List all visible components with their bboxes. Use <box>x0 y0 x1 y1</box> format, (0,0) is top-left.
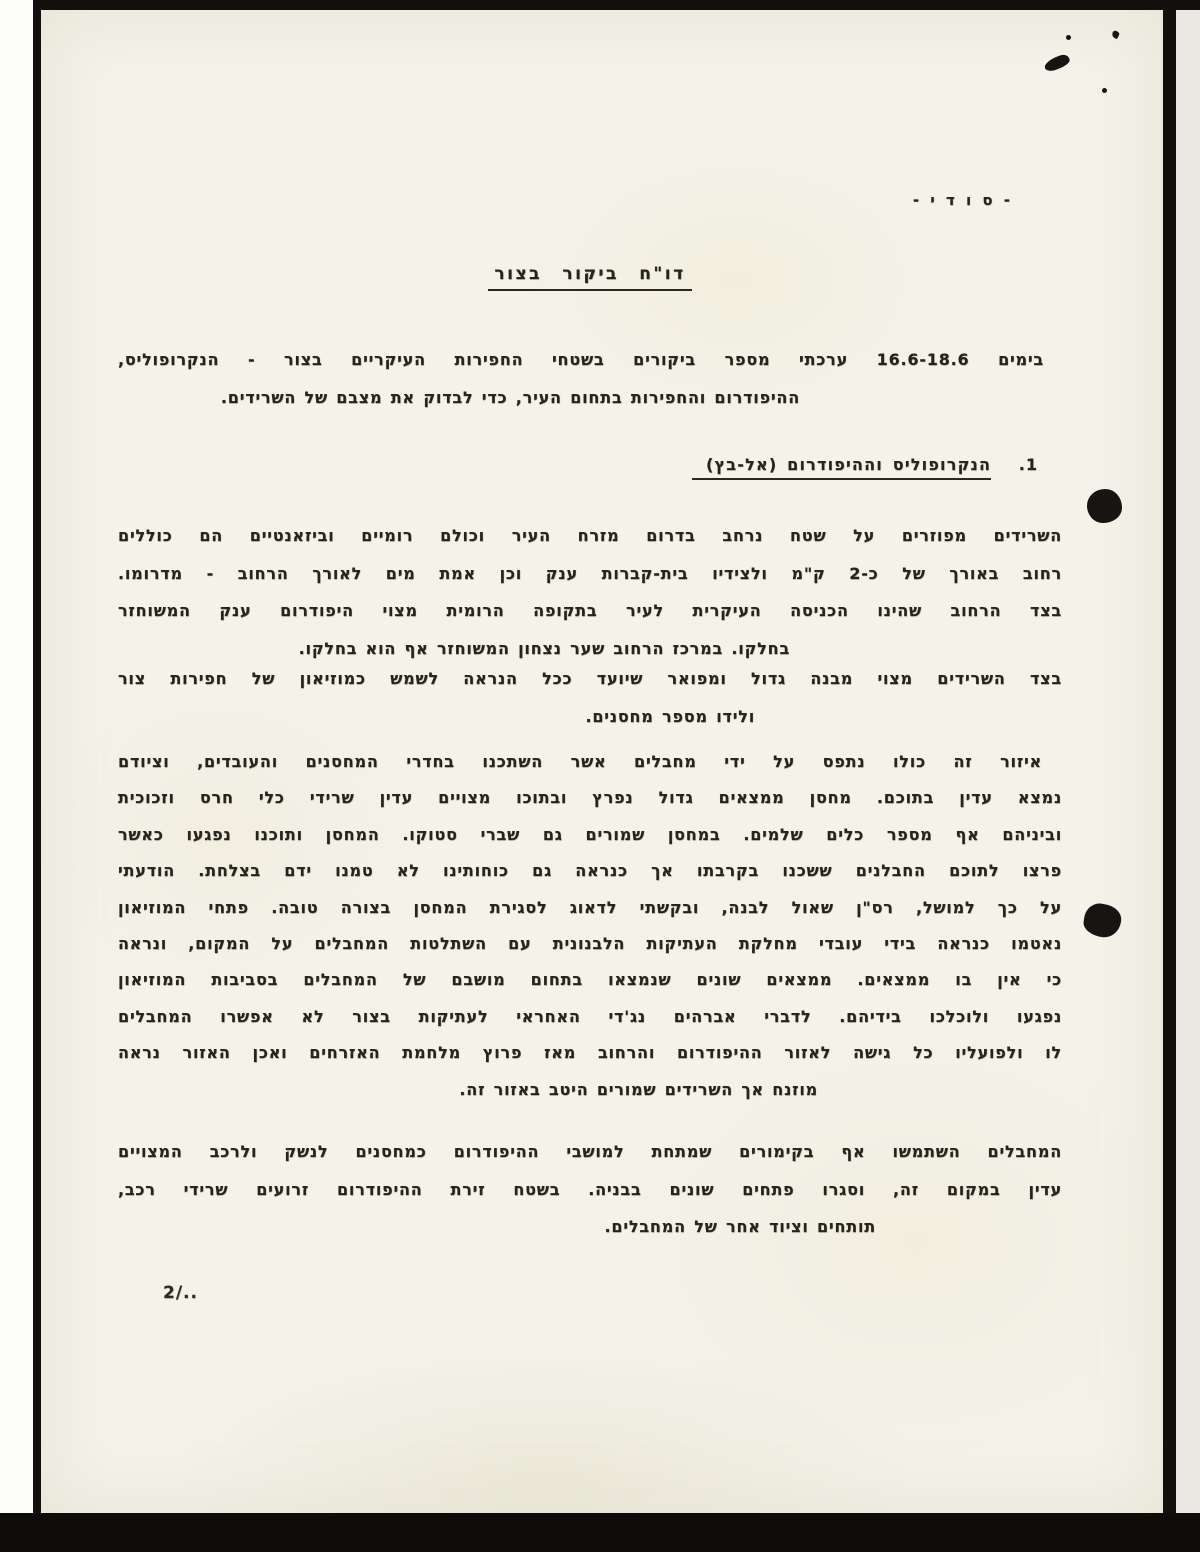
scan-edge-right <box>1163 0 1176 1513</box>
section-1-heading-row: 1. הנקרופוליס וההיפודרום (אל-בץ) <box>118 455 1062 480</box>
paragraph-line: ההיפודרום והחפירות בתחום העיר, כדי לבדוק… <box>118 379 1062 417</box>
scanner-background-strip <box>1176 10 1200 1513</box>
ink-speck <box>1066 35 1071 40</box>
paragraph-line: ולידו מספר מחסנים. <box>118 698 1062 736</box>
section-1-paragraph-2: בצד השרידים מצוי מבנה גדול ומפואר שיועד … <box>118 660 1062 735</box>
scan-edge-left <box>33 0 41 1513</box>
section-number: 1. <box>1019 455 1038 474</box>
paragraph-line: כי אין בו ממצאים. ממצאים שונים שנמצאו בת… <box>118 962 1062 998</box>
paragraph-line: עדין במקום זה, וסגרו פתחים שונים בבניה. … <box>118 1171 1062 1209</box>
section-heading: הנקרופוליס וההיפודרום (אל-בץ) <box>692 455 991 480</box>
paragraph-line: בצד השרידים מצוי מבנה גדול ומפואר שיועד … <box>118 660 1062 698</box>
paragraph-line: בימים 16.6-18.6 ערכתי מספר ביקורים בשטחי… <box>118 341 1062 379</box>
paragraph-line: תותחים וציוד אחר של המחבלים. <box>118 1208 1062 1246</box>
paragraph-line: המחבלים השתמשו אף בקימורים שמתחת למושבי … <box>118 1133 1062 1171</box>
ink-dot-mark <box>1087 489 1122 523</box>
paragraph-line: בצד הרחוב שהינו הכניסה העיקרית לעיר בתקו… <box>118 592 1062 630</box>
typed-content: - ס ו ד י - דו"ח ביקור בצור בימים 16.6-1… <box>118 0 1062 1552</box>
section-1-paragraph-3: איזור זה כולו נתפס על ידי מחבלים אשר השת… <box>118 744 1062 1108</box>
paragraph-line: איזור זה כולו נתפס על ידי מחבלים אשר השת… <box>118 744 1062 780</box>
document-title-text: דו"ח ביקור בצור <box>488 264 691 291</box>
paragraph-line: על כך למושל, רס"ן שאול לבנה, ובקשתי לדאו… <box>118 890 1062 926</box>
intro-paragraph: בימים 16.6-18.6 ערכתי מספר ביקורים בשטחי… <box>118 341 1062 416</box>
section-1-paragraph-4: המחבלים השתמשו אף בקימורים שמתחת למושבי … <box>118 1133 1062 1246</box>
paragraph-line: נפגעו ולוכלכו בידיהם. לדברי אברהים נג'די… <box>118 999 1062 1035</box>
classification-label: - ס ו ד י - <box>118 182 1062 220</box>
scanned-document-page: - ס ו ד י - דו"ח ביקור בצור בימים 16.6-1… <box>0 0 1200 1552</box>
paragraph-line: וביניהם אף מספר כלים שלמים. במחסן שמורים… <box>118 817 1062 853</box>
paragraph-line: נמצא עדין בתוכם. מחסן ממצאים גדול נפרץ ו… <box>118 780 1062 816</box>
paragraph-line: השרידים מפוזרים על שטח נרחב בדרום מזרח ה… <box>118 517 1062 555</box>
paragraph-line: מוזנח אך השרידים שמורים היטב באזור זה. <box>118 1072 1062 1108</box>
ink-speck <box>1102 88 1107 93</box>
paragraph-line: רחוב באורך של כ-2 ק"מ ולצידיו בית-קברות … <box>118 555 1062 593</box>
paragraph-line: נאטמו כנראה בידי עובדי מחלקת העתיקות הלב… <box>118 926 1062 962</box>
page-continuation-marker: 2/.. <box>163 1283 198 1303</box>
document-title: דו"ח ביקור בצור <box>118 264 1062 291</box>
paragraph-line: לו ולפועליו כל גישה לאזור ההיפודרום והרח… <box>118 1035 1062 1071</box>
section-1-paragraph-1: השרידים מפוזרים על שטח נרחב בדרום מזרח ה… <box>118 517 1062 667</box>
paragraph-line: פרצו לתוכם החבלנים ששכנו בקרבתו אך כנראה… <box>118 853 1062 889</box>
